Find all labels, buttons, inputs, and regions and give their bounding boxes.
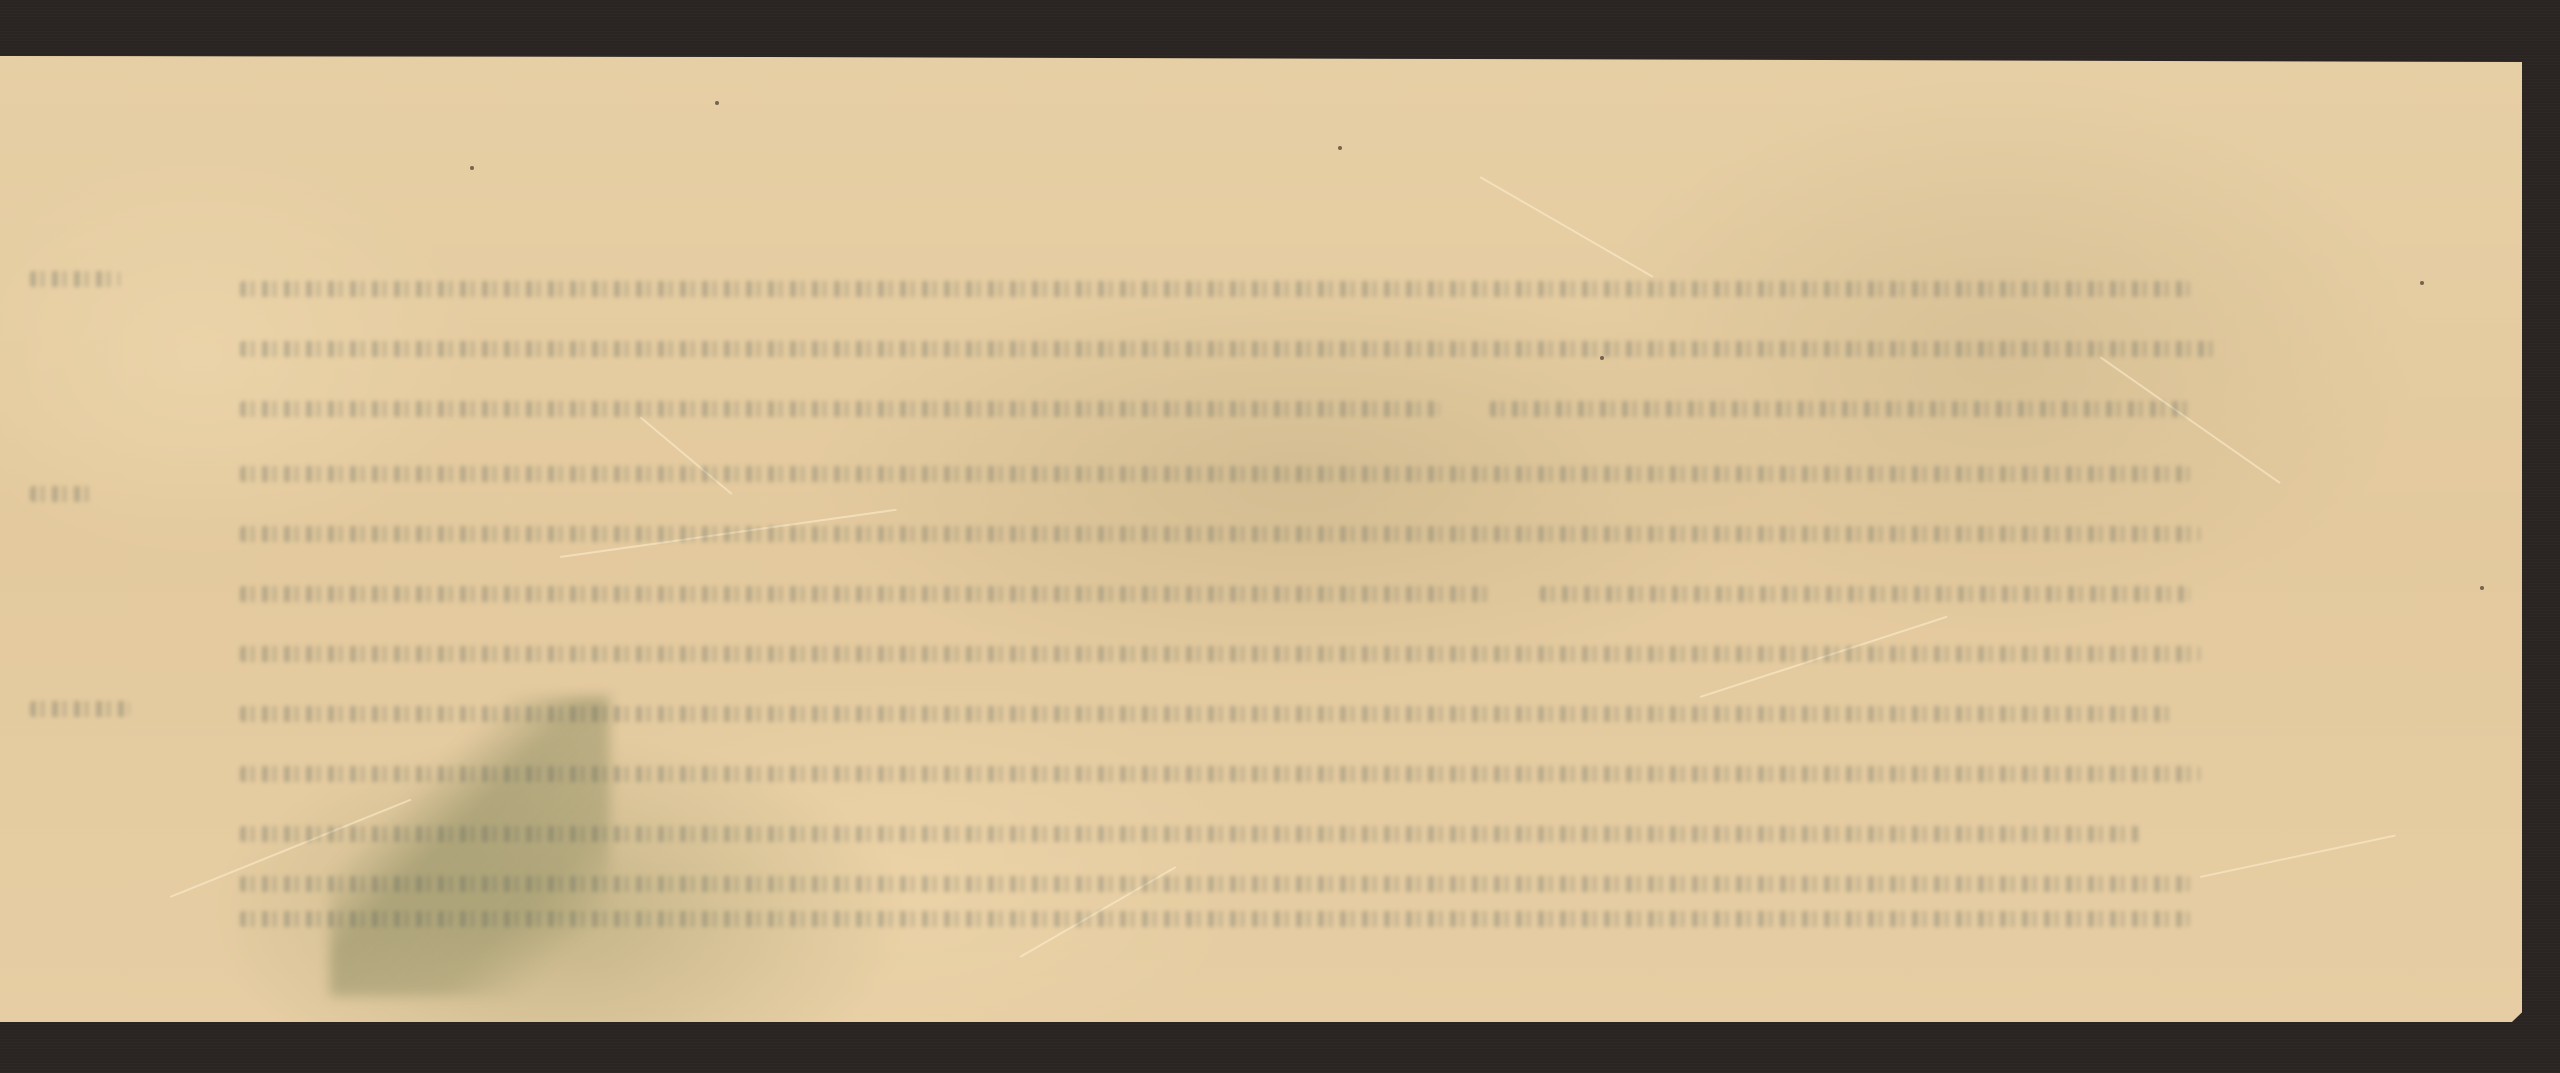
script-line bbox=[240, 876, 2200, 892]
script-line bbox=[240, 526, 2200, 542]
ink-speck bbox=[470, 166, 474, 170]
script-line bbox=[240, 766, 2200, 782]
left-margin-marks bbox=[10, 271, 170, 871]
paper-fiber bbox=[2200, 834, 2396, 878]
ink-speck bbox=[1600, 356, 1604, 360]
script-line bbox=[240, 586, 2200, 602]
script-line bbox=[240, 826, 2200, 842]
bleed-through-text-block bbox=[240, 271, 2200, 931]
script-line bbox=[240, 341, 2200, 357]
script-line bbox=[240, 706, 2200, 722]
manuscript-leaf bbox=[0, 56, 2522, 1022]
ink-speck bbox=[2420, 281, 2424, 285]
ink-speck bbox=[715, 101, 719, 105]
script-line bbox=[240, 646, 2200, 662]
paper-fiber bbox=[1480, 176, 1654, 278]
ink-speck bbox=[2480, 586, 2484, 590]
script-line bbox=[240, 401, 2200, 417]
ink-speck bbox=[1338, 146, 1342, 150]
script-line bbox=[240, 466, 2200, 482]
script-line bbox=[240, 281, 2200, 297]
script-line bbox=[240, 911, 2200, 927]
